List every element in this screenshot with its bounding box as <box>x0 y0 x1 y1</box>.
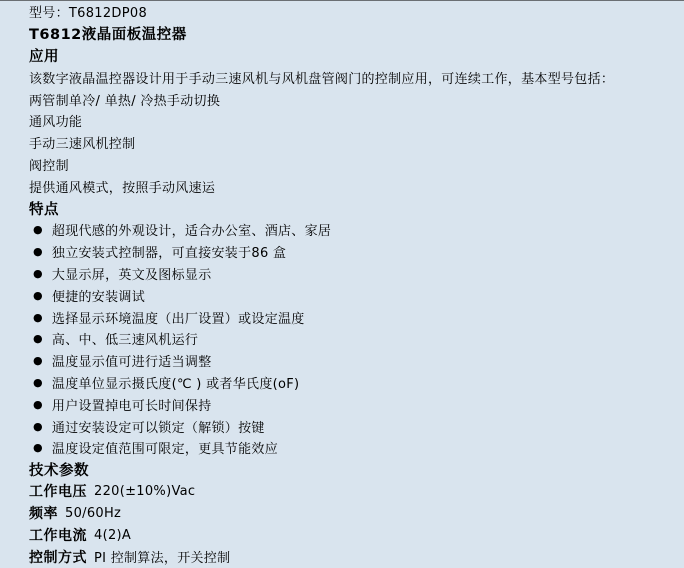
feature-text: 超现代感的外观设计，适合办公室、酒店、家居 <box>52 220 331 239</box>
application-item: 提供通风模式，按照手动风速运 <box>0 175 684 197</box>
bullet-icon: ● <box>33 355 43 366</box>
bullet-icon: ● <box>33 377 43 388</box>
bullet-icon: ● <box>33 333 43 344</box>
param-row-control-mode: 控制方式 PI 控制算法，开关控制 <box>0 546 684 568</box>
bullet-icon: ● <box>33 224 43 235</box>
feature-item: ● 通过安装设定可以锁定（解锁）按键 <box>0 415 684 437</box>
product-title: T6812液晶面板温控器 <box>0 23 684 45</box>
application-item: 阀控制 <box>0 154 684 176</box>
section-heading-tech-params: 技术参数 <box>0 459 684 481</box>
feature-text: 选择显示环境温度（出厂设置）或设定温度 <box>52 308 305 327</box>
param-value: PI 控制算法，开关控制 <box>94 547 230 566</box>
bullet-icon: ● <box>33 442 43 453</box>
product-spec-document: 型号：T6812DP08 T6812液晶面板温控器 应用 该数字液晶温控器设计用… <box>0 1 684 568</box>
feature-text: 温度设定值范围可限定，更具节能效应 <box>52 438 278 457</box>
param-value: 4(2)A <box>94 528 131 543</box>
feature-item: ● 温度显示值可进行适当调整 <box>0 350 684 372</box>
feature-item: ● 大显示屏，英文及图标显示 <box>0 263 684 285</box>
bullet-icon: ● <box>33 399 43 410</box>
param-value: 50/60Hz <box>65 506 121 521</box>
param-label: 工作电压 <box>29 481 87 501</box>
model-number-line: 型号：T6812DP08 <box>0 1 684 23</box>
param-label: 频率 <box>29 503 58 523</box>
param-row-frequency: 频率 50/60Hz <box>0 502 684 524</box>
feature-item: ● 高、中、低三速风机运行 <box>0 328 684 350</box>
application-item: 通风功能 <box>0 110 684 132</box>
bullet-icon: ● <box>33 246 43 257</box>
feature-item: ● 温度单位显示摄氏度(℃ ) 或者华氏度(oF) <box>0 372 684 394</box>
application-item: 两管制单冷/ 单热/ 冷热手动切换 <box>0 88 684 110</box>
feature-item: ● 超现代感的外观设计，适合办公室、酒店、家居 <box>0 219 684 241</box>
bullet-icon: ● <box>33 312 43 323</box>
section-heading-application: 应用 <box>0 45 684 67</box>
bullet-icon: ● <box>33 290 43 301</box>
feature-item: ● 用户设置掉电可长时间保持 <box>0 393 684 415</box>
feature-item: ● 便捷的安装调试 <box>0 284 684 306</box>
application-item: 手动三速风机控制 <box>0 132 684 154</box>
feature-text: 温度显示值可进行适当调整 <box>52 351 212 370</box>
param-row-voltage: 工作电压 220(±10%)Vac <box>0 481 684 503</box>
feature-text: 高、中、低三速风机运行 <box>52 329 198 348</box>
feature-text: 独立安装式控制器，可直接安装于86 盒 <box>52 242 286 261</box>
param-label: 控制方式 <box>29 547 87 567</box>
feature-text: 便捷的安装调试 <box>52 286 145 305</box>
feature-text: 温度单位显示摄氏度(℃ ) 或者华氏度(oF) <box>52 373 299 392</box>
feature-text: 通过安装设定可以锁定（解锁）按键 <box>52 417 265 436</box>
bullet-icon: ● <box>33 421 43 432</box>
bullet-icon: ● <box>33 268 43 279</box>
feature-text: 用户设置掉电可长时间保持 <box>52 395 212 414</box>
section-heading-features: 特点 <box>0 197 684 219</box>
param-row-current: 工作电流 4(2)A <box>0 524 684 546</box>
param-value: 220(±10%)Vac <box>94 484 195 499</box>
feature-text: 大显示屏，英文及图标显示 <box>52 264 212 283</box>
feature-item: ● 温度设定值范围可限定，更具节能效应 <box>0 437 684 459</box>
feature-item: ● 独立安装式控制器，可直接安装于86 盒 <box>0 241 684 263</box>
application-intro: 该数字液晶温控器设计用于手动三速风机与风机盘管阀门的控制应用，可连续工作，基本型… <box>0 66 684 88</box>
param-label: 工作电流 <box>29 525 87 545</box>
feature-item: ● 选择显示环境温度（出厂设置）或设定温度 <box>0 306 684 328</box>
